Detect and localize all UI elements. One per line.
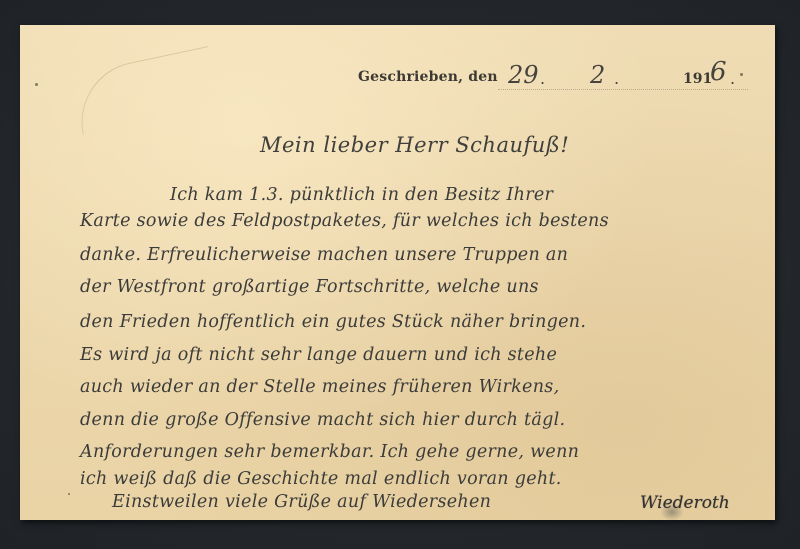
letter-line: danke. Erfreulicherweise machen unsere T… — [80, 245, 568, 265]
letter-line: Anforderungen sehr bemerkbar. Ich gehe g… — [80, 442, 579, 462]
letter-line: denn die große Offensive macht sich hier… — [80, 410, 565, 430]
letter-line: auch wieder an der Stelle meines frühere… — [80, 377, 559, 397]
letter-line: der Westfront großartige Fortschritte, w… — [80, 277, 539, 297]
letter-line: Karte sowie des Feldpostpaketes, für wel… — [80, 211, 609, 231]
letter-body: Ich kam 1.3. pünktlich in den Besitz Ihr… — [20, 25, 775, 520]
letter-line: Es wird ja oft nicht sehr lange dauern u… — [80, 345, 557, 365]
letter-signature: Wiederoth — [640, 493, 730, 513]
letter-line: den Frieden hoffentlich ein gutes Stück … — [80, 312, 586, 332]
letter-line: Einstweilen viele Grüße auf Wiedersehen — [112, 492, 491, 512]
letter-line: Ich kam 1.3. pünktlich in den Besitz Ihr… — [170, 185, 553, 205]
postcard: Geschrieben, den 29 . 2 . 191 6 . Mein l… — [20, 25, 775, 520]
letter-line: ich weiß daß die Geschichte mal endlich … — [80, 469, 562, 489]
